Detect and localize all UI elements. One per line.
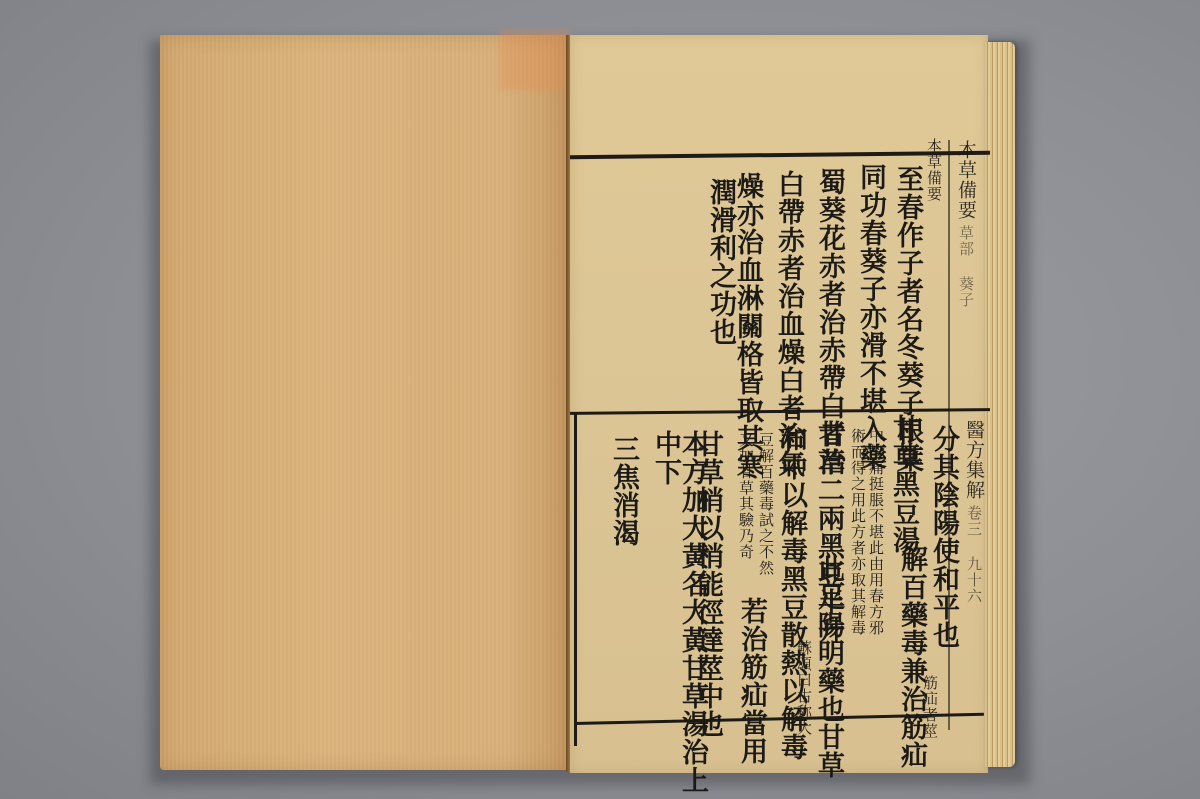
lower-column: 本方加大黃名大黃甘草湯治上中下	[652, 430, 706, 799]
lower-note: 筋疝者莖	[922, 675, 937, 739]
lower-column: 若治筋疝當用	[738, 597, 765, 765]
upper-column-title: 本草備要	[926, 138, 941, 202]
lower-annotation: 術而得之用此方者亦取其解毒	[850, 428, 865, 636]
running-head-upper-sub: 草部 葵子	[958, 225, 973, 308]
left-page-blank	[160, 35, 568, 770]
lower-column: 此足陽明藥也甘草	[815, 555, 842, 779]
faded-seal-mark	[500, 30, 570, 90]
lower-column: 分其陰陽使和平也	[930, 425, 957, 649]
upper-column: 同功春葵子亦滑不堪入藥	[857, 163, 884, 471]
running-head-lower-sub: 卷三 九十六	[966, 505, 981, 604]
lower-column: 三焦消渴	[610, 435, 637, 547]
running-head-lower: 醫方集解	[964, 420, 983, 500]
lower-note: 蘇頌曰古称大	[796, 640, 811, 736]
lower-annotation: 豆解百藥毒試之不然	[758, 432, 773, 576]
lower-annotation: 又加甘草其驗乃奇	[738, 432, 753, 560]
upper-column: 潤滑利之功也	[707, 178, 734, 346]
lower-annotation: 中挚痛挺脹不堪此由用春方邪	[868, 428, 883, 636]
lower-column-formula-title: 甘草黑豆湯	[890, 414, 917, 554]
lower-box-left-border	[574, 413, 577, 746]
